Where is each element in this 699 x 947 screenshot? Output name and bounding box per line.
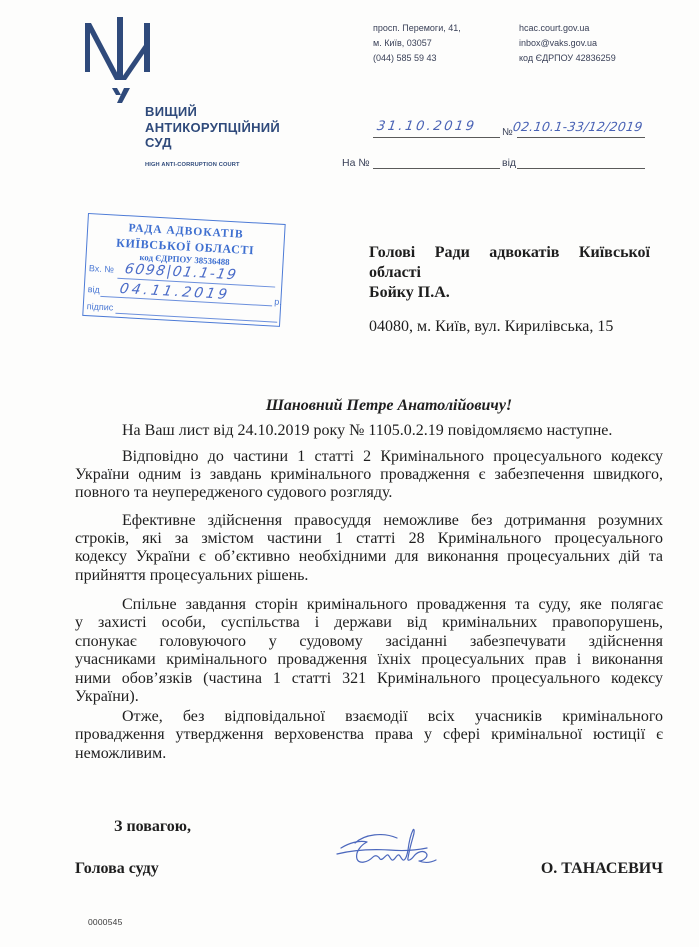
paragraph-line: у захисті особи, суспільства і держави в… [75, 614, 663, 632]
court-name: ВИЩИЙ АНТИКОРУПЦІЙНИЙ СУД [145, 104, 280, 151]
paragraph-line: На Ваш лист від 24.10.2019 року № 1105.0… [75, 422, 663, 440]
incoming-stamp: РАДА АДВОКАТІВ КИЇВСЬКОЇ ОБЛАСТІ код ЄДР… [82, 213, 285, 327]
addressee-line-2: області [369, 263, 650, 283]
signer-name: О. ТАНАСЕВИЧ [541, 859, 663, 879]
reply-number-blank [373, 168, 500, 169]
body-paragraph-1: На Ваш лист від 24.10.2019 року № 1105.0… [75, 422, 663, 440]
contact-email: inbox@vaks.gov.ua [519, 36, 616, 51]
addressee-line-1: Голові Ради адвокатів Київської [369, 243, 650, 263]
outgoing-number: 02.10.1-33/12/2019 [512, 119, 644, 134]
paragraph-line: повного та неупередженого судового розгл… [75, 484, 663, 502]
handwritten-signature-icon [335, 828, 450, 878]
court-name-line-1: ВИЩИЙ [145, 104, 280, 120]
paragraph-line: прийняття процесуальних рішень. [75, 567, 663, 585]
address-street: просп. Перемоги, 41, [373, 21, 461, 36]
address-city: м. Київ, 03057 [373, 36, 461, 51]
addressee-address: 04080, м. Київ, вул. Кирилівська, 15 [369, 317, 613, 337]
contact-website: hcac.court.gov.ua [519, 21, 616, 36]
paragraph-line: строків, які за змістом частини 1 статті… [75, 530, 663, 548]
paragraph-line: Ефективне здійснення правосуддя неможлив… [75, 512, 663, 530]
paragraph-line: України). [75, 688, 663, 706]
address-phone: (044) 585 59 43 [373, 51, 461, 66]
outgoing-date: 31.10.2019 [376, 119, 478, 134]
reply-number-label: На № [342, 157, 370, 169]
stamp-signature-line [115, 313, 277, 323]
contact-edrpou-code: код ЄДРПОУ 42836259 [519, 51, 616, 66]
paragraph-line: Отже, без відповідальної взаємодії всіх … [75, 708, 663, 726]
paragraph-line: Спільне завдання сторін кримінального пр… [75, 596, 663, 614]
signer-position: Голова суду [75, 859, 159, 879]
stamp-incoming-label: Вх. № [89, 263, 115, 274]
reply-from-label: від [502, 157, 516, 169]
court-name-line-2: АНТИКОРУПЦІЙНИЙ [145, 120, 280, 136]
addressee: Голові Ради адвокатів Київської області … [369, 243, 650, 303]
document-code: 0000545 [88, 917, 123, 927]
closing-regards: З повагою, [114, 817, 191, 837]
paragraph-line: ними обов’язків (частина 1 статті 321 Кр… [75, 670, 663, 688]
paragraph-line: України одним із завдань кримінального п… [75, 466, 663, 484]
paragraph-line: Відповідно до частини 1 статті 2 Криміна… [75, 448, 663, 466]
stamp-signature-label: підпис [87, 301, 114, 312]
outgoing-number-underline [517, 137, 645, 138]
body-paragraph-5: Отже, без відповідальної взаємодії всіх … [75, 708, 663, 763]
paragraph-line: провадження утвердження верховенства пра… [75, 726, 663, 744]
paragraph-line: спонукає головуючого у судовому засіданн… [75, 633, 663, 651]
stamp-year-suffix: р. [274, 297, 282, 307]
paragraph-line: неможливим. [75, 745, 663, 763]
outgoing-date-underline [373, 137, 500, 138]
body-paragraph-2: Відповідно до частини 1 статті 2 Криміна… [75, 448, 663, 503]
court-name-line-3: СУД [145, 135, 280, 151]
paragraph-line: кодексу України є об’єктивно необхідними… [75, 548, 663, 566]
reply-date-blank [517, 168, 645, 169]
letter-page: ВИЩИЙ АНТИКОРУПЦІЙНИЙ СУД HIGH ANTI-CORR… [0, 0, 699, 947]
body-paragraph-4: Спільне завдання сторін кримінального пр… [75, 596, 663, 706]
body-paragraph-3: Ефективне здійснення правосуддя неможлив… [75, 512, 663, 586]
salutation: Шановний Петре Анатолійовичу! [258, 396, 520, 416]
court-address: просп. Перемоги, 41, м. Київ, 03057 (044… [373, 21, 461, 66]
addressee-name: Бойку П.А. [369, 283, 650, 303]
paragraph-line: учасниками кримінального провадження їхн… [75, 651, 663, 669]
stamp-date-label: від [87, 284, 100, 295]
court-name-english: HIGH ANTI-CORRUPTION COURT [145, 162, 240, 168]
court-contacts: hcac.court.gov.ua inbox@vaks.gov.ua код … [519, 21, 616, 66]
trident-logo-icon [80, 12, 160, 107]
